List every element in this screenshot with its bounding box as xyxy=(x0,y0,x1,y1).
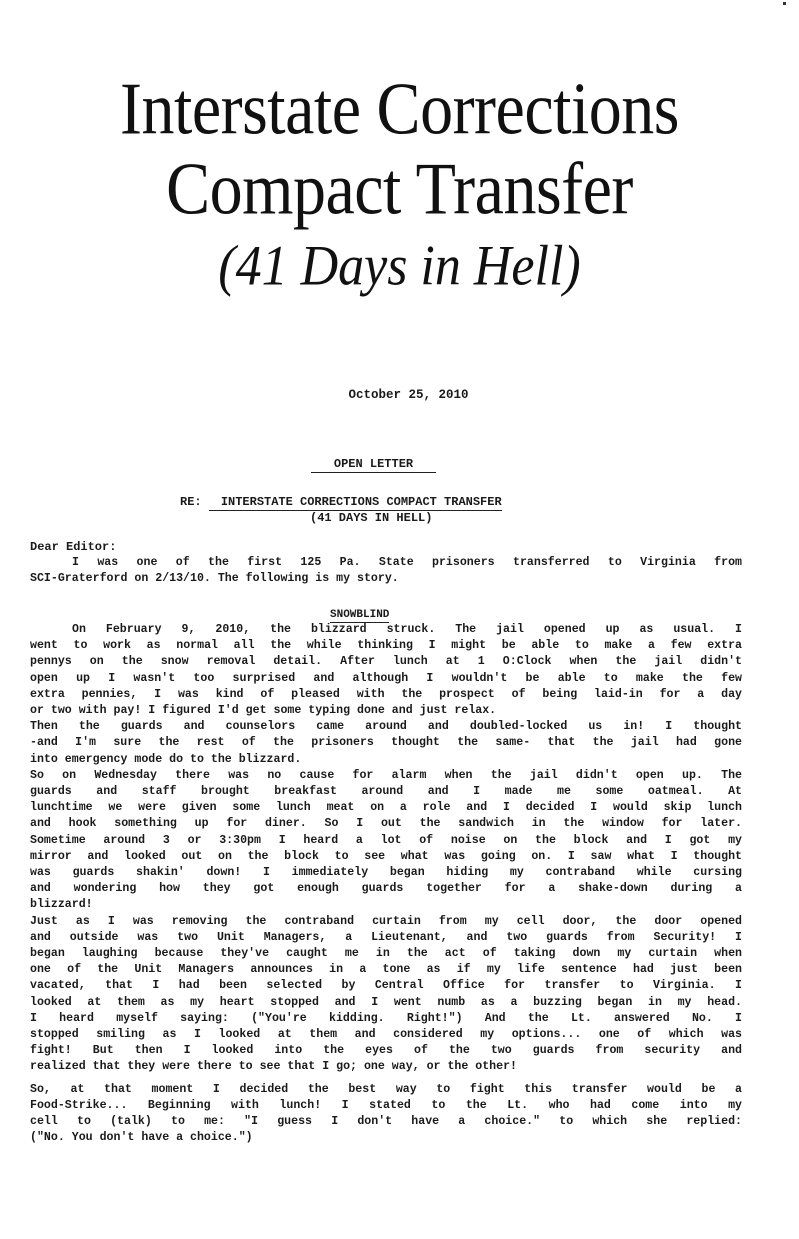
re-label: RE: xyxy=(180,495,202,509)
story-line: pennys on the snow removal detail. After… xyxy=(30,654,742,670)
story-paragraph: So, at that moment I decided the best wa… xyxy=(30,1082,742,1147)
story-line: guards and staff brought breakfast aroun… xyxy=(30,784,742,800)
story-line: mirror and looked out on the block to se… xyxy=(30,849,742,865)
story-line: lunchtime we were given some lunch meat … xyxy=(30,800,742,816)
re-subject-line-2: (41 DAYS IN HELL) xyxy=(310,511,432,526)
story-line: or two with pay! I figured I'd get some … xyxy=(30,703,742,719)
open-letter-heading: OPEN LETTER xyxy=(311,457,436,473)
intro-line: SCI-Graterford on 2/13/10. The following… xyxy=(30,571,742,587)
story-paragraph: Just as I was removing the contraband cu… xyxy=(30,914,742,1076)
document-subtitle: (41 Days in Hell) xyxy=(0,231,799,304)
re-line: RE: INTERSTATE CORRECTIONS COMPACT TRANS… xyxy=(180,495,502,511)
title-line-1: Interstate Corrections xyxy=(0,65,799,155)
intro-line: I was one of the first 125 Pa. State pri… xyxy=(30,555,742,571)
story-line: extra pennies, I was kind of pleased wit… xyxy=(30,687,742,703)
story-line: ("No. You don't have a choice.") xyxy=(30,1130,742,1146)
story-line: On February 9, 2010, the blizzard struck… xyxy=(30,622,742,638)
story-line: Just as I was removing the contraband cu… xyxy=(30,914,742,930)
story-line: one of the Unit Managers announces in a … xyxy=(30,962,742,978)
story-line: blizzard! xyxy=(30,897,742,913)
story-paragraph: On February 9, 2010, the blizzard struck… xyxy=(30,622,742,719)
story-line: cell to (talk) to me: "I guess I don't h… xyxy=(30,1114,742,1130)
story-line: and wondering how they got enough guards… xyxy=(30,881,742,897)
story-line: looked at them as my heart stopped and I… xyxy=(30,995,742,1011)
story-paragraph: Then the guards and counselors came arou… xyxy=(30,719,742,768)
story-line: and outside was two Unit Managers, a Lie… xyxy=(30,930,742,946)
story-line: was guards shakin' down! I immediately b… xyxy=(30,865,742,881)
story-line: Then the guards and counselors came arou… xyxy=(30,719,742,735)
story-line: open up I wasn't too surprised and altho… xyxy=(30,671,742,687)
story-body: On February 9, 2010, the blizzard struck… xyxy=(30,622,742,1147)
story-line: I heard myself saying: ("You're kidding.… xyxy=(30,1011,742,1027)
document-title-block: Interstate Corrections Compact Transfer … xyxy=(0,70,799,300)
title-line-2: Compact Transfer xyxy=(0,145,799,235)
story-line: -and I'm sure the rest of the prisoners … xyxy=(30,735,742,751)
section-heading-snowblind: SNOWBLIND xyxy=(330,609,389,623)
scan-speck xyxy=(783,2,786,5)
story-line: stopped smiling as I looked at them and … xyxy=(30,1027,742,1043)
story-line: vacated, that I had been selected by Cen… xyxy=(30,978,742,994)
salutation: Dear Editor: xyxy=(30,540,116,555)
letter-date: October 25, 2010 xyxy=(0,388,799,402)
story-line: began laughing because they've caught me… xyxy=(30,946,742,962)
story-line: Food-Strike... Beginning with lunch! I s… xyxy=(30,1098,742,1114)
story-line: realized that they were there to see tha… xyxy=(30,1059,742,1075)
story-line: into emergency mode do to the blizzard. xyxy=(30,752,742,768)
story-line: So on Wednesday there was no cause for a… xyxy=(30,768,742,784)
story-line: and hook something up for diner. So I ou… xyxy=(30,816,742,832)
re-subject: INTERSTATE CORRECTIONS COMPACT TRANSFER xyxy=(209,495,502,511)
story-paragraph: So on Wednesday there was no cause for a… xyxy=(30,768,742,914)
intro-paragraph: I was one of the first 125 Pa. State pri… xyxy=(30,555,742,587)
story-line: fight! But then I looked into the eyes o… xyxy=(30,1043,742,1059)
story-line: went to work as normal all the while thi… xyxy=(30,638,742,654)
story-line: Sometime around 3 or 3:30pm I heard a lo… xyxy=(30,833,742,849)
story-line: So, at that moment I decided the best wa… xyxy=(30,1082,742,1098)
